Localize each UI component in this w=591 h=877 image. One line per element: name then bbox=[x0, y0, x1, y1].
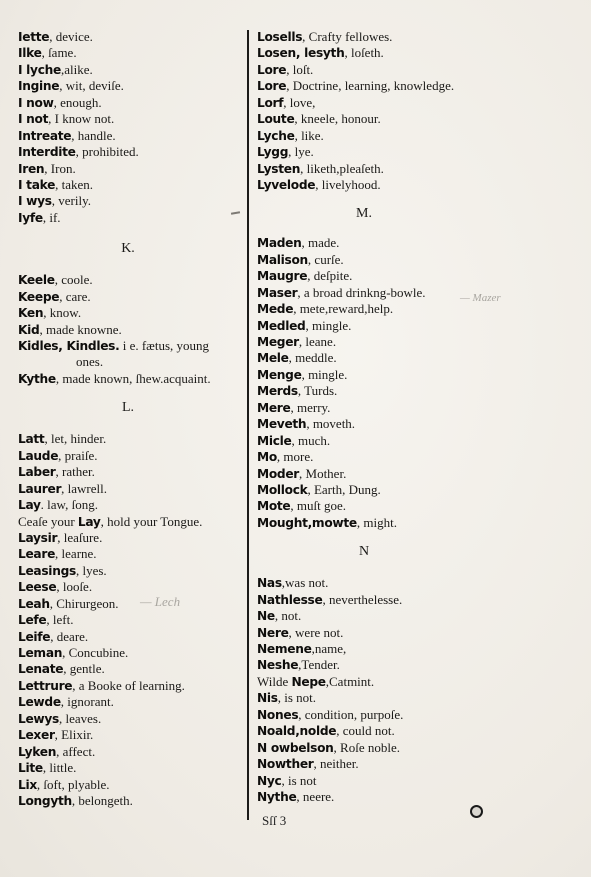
dictionary-entry: Merds, Turds. bbox=[257, 383, 557, 399]
dictionary-entry: Nis, is not. bbox=[257, 690, 557, 706]
entry-headword: Lite bbox=[18, 761, 43, 775]
dictionary-entry: Mollock, Earth, Dung. bbox=[257, 482, 557, 498]
entry-headword: Noald,nolde bbox=[257, 724, 336, 738]
dictionary-entry: Lygg, lye. bbox=[257, 144, 557, 160]
entry-gloss: . law, ſong. bbox=[41, 497, 98, 512]
entry-headword: Nemene bbox=[257, 642, 312, 656]
dictionary-entry: Lore, loſt. bbox=[257, 62, 557, 78]
dictionary-entry: Mere, merry. bbox=[257, 400, 557, 416]
dictionary-entry: Moder, Mother. bbox=[257, 466, 557, 482]
entry-headword: Ilke bbox=[18, 46, 42, 60]
section-heading-m: M. bbox=[257, 197, 471, 231]
dictionary-entry: Nathlesse, neverthelesse. bbox=[257, 592, 557, 608]
entry-headword: Maser bbox=[257, 286, 297, 300]
entry-gloss: , learne. bbox=[55, 546, 97, 561]
entry-gloss: , Elixir. bbox=[55, 727, 94, 742]
entry-gloss: , deſpite. bbox=[307, 268, 352, 283]
entry-headword: Ne bbox=[257, 609, 275, 623]
entry-gloss: , is not bbox=[281, 773, 316, 788]
entry-headword: Lorf bbox=[257, 96, 283, 110]
entry-gloss: , gentle. bbox=[63, 661, 105, 676]
entry-gloss: , I know not. bbox=[48, 111, 114, 126]
section-heading-k: K. bbox=[18, 232, 238, 266]
dictionary-entry: Lewys, leaves. bbox=[18, 711, 246, 727]
entry-gloss: , livelyhood. bbox=[315, 177, 380, 192]
dictionary-entry: Lix, ſoft, plyable. bbox=[18, 777, 246, 793]
dictionary-entry: Nythe, neere. bbox=[257, 789, 557, 805]
entry-gloss: , made. bbox=[302, 235, 340, 250]
entry-gloss: , ignorant. bbox=[61, 694, 114, 709]
dictionary-entry: I take, taken. bbox=[18, 177, 246, 193]
entry-headword: Lenate bbox=[18, 662, 63, 676]
entry-gloss: , verily. bbox=[52, 193, 91, 208]
dictionary-entry: Nyc, is not bbox=[257, 773, 557, 789]
entry-gloss: , deare. bbox=[50, 629, 88, 644]
section-heading-n: N bbox=[257, 535, 471, 569]
entry-gloss: , muſt goe. bbox=[290, 498, 346, 513]
entry-headword: I take bbox=[18, 178, 55, 192]
right-column: Losells, Crafty fellowes.Losen, lesyth, … bbox=[257, 29, 557, 805]
entry-headword: Lewys bbox=[18, 712, 59, 726]
entry-gloss: , lye. bbox=[288, 144, 314, 159]
dictionary-entry: Kythe, made known, ſhew.acquaint. bbox=[18, 371, 246, 387]
entry-headword: Menge bbox=[257, 368, 302, 382]
entry-gloss: , made known, ſhew.acquaint. bbox=[56, 371, 211, 386]
entry-gloss: , if. bbox=[43, 210, 61, 225]
entry-headword: Nyc bbox=[257, 774, 281, 788]
entry-prefix: Ceaſe your bbox=[18, 514, 78, 529]
dictionary-entry: Leasings, lyes. bbox=[18, 563, 246, 579]
entry-headword: Neshe bbox=[257, 658, 298, 672]
entry-gloss: , condition, purpoſe. bbox=[298, 707, 403, 722]
entry-headword: Moder bbox=[257, 467, 299, 481]
entry-gloss: , is not. bbox=[278, 690, 316, 705]
entry-gloss: , let, hinder. bbox=[44, 431, 106, 446]
dictionary-entry: Mo, more. bbox=[257, 449, 557, 465]
entry-gloss: , loſeth. bbox=[344, 45, 383, 60]
dictionary-entry: Meveth, moveth. bbox=[257, 416, 557, 432]
dictionary-entry: Laurer, lawrell. bbox=[18, 481, 246, 497]
entry-gloss: , kneele, honour. bbox=[294, 111, 380, 126]
entry-gloss: , like. bbox=[295, 128, 324, 143]
dictionary-entry: I wys, verily. bbox=[18, 193, 246, 209]
dictionary-entry: Ingine, wit, deviſe. bbox=[18, 78, 246, 94]
dictionary-entry: ones. bbox=[18, 354, 246, 370]
entry-headword: Lettrure bbox=[18, 679, 72, 693]
entry-gloss: , curſe. bbox=[308, 252, 344, 267]
entry-headword: Leife bbox=[18, 630, 50, 644]
dictionary-entry: I now, enough. bbox=[18, 95, 246, 111]
handwritten-note-mazer: — Mazer bbox=[460, 292, 501, 304]
dictionary-entry: Menge, mingle. bbox=[257, 367, 557, 383]
entry-headword: Leah bbox=[18, 597, 50, 611]
dictionary-entry: Mought,mowte, might. bbox=[257, 515, 557, 531]
entry-gloss: , not. bbox=[275, 608, 301, 623]
entry-gloss: ,Catmint. bbox=[326, 674, 374, 689]
dictionary-entry: Maden, made. bbox=[257, 235, 557, 251]
dictionary-entry: Nowther, neither. bbox=[257, 756, 557, 772]
entry-gloss: , lyes. bbox=[76, 563, 107, 578]
entry-gloss: , taken. bbox=[55, 177, 93, 192]
dictionary-entry: Malison, curſe. bbox=[257, 252, 557, 268]
entry-headword: Maugre bbox=[257, 269, 307, 283]
dictionary-entry: Micle, much. bbox=[257, 433, 557, 449]
entry-gloss: , wit, deviſe. bbox=[59, 78, 124, 93]
entry-headword: Interdite bbox=[18, 145, 76, 159]
entry-headword: Nythe bbox=[257, 790, 296, 804]
entry-headword: Lore bbox=[257, 79, 286, 93]
entry-headword: Kid bbox=[18, 323, 39, 337]
entry-headword: Latt bbox=[18, 432, 44, 446]
entry-headword: Micle bbox=[257, 434, 291, 448]
dictionary-entry: Lay. law, ſong. bbox=[18, 497, 246, 513]
entry-headword: Keele bbox=[18, 273, 55, 287]
entry-gloss: , Turds. bbox=[298, 383, 337, 398]
entry-headword: Longyth bbox=[18, 794, 72, 808]
dictionary-entry: Leife, deare. bbox=[18, 629, 246, 645]
entry-gloss: , handle. bbox=[71, 128, 115, 143]
entry-headword: Laude bbox=[18, 449, 58, 463]
entry-headword: Mote bbox=[257, 499, 290, 513]
dictionary-entry: Lyvelode, livelyhood. bbox=[257, 177, 557, 193]
entry-gloss: , enough. bbox=[54, 95, 102, 110]
entry-headword: Lyvelode bbox=[257, 178, 315, 192]
entry-headword: Malison bbox=[257, 253, 308, 267]
entry-gloss: , looſe. bbox=[56, 579, 92, 594]
entry-headword: N owbelson bbox=[257, 741, 334, 755]
entry-headword: Laber bbox=[18, 465, 56, 479]
dictionary-entry: I lyche,alike. bbox=[18, 62, 246, 78]
entry-gloss: , hold your Tongue. bbox=[101, 514, 203, 529]
entry-headword: Iette bbox=[18, 30, 49, 44]
entry-gloss: , belongeth. bbox=[72, 793, 133, 808]
dictionary-entry: Ceaſe your Lay, hold your Tongue. bbox=[18, 514, 246, 530]
entry-headword: Maden bbox=[257, 236, 302, 250]
dictionary-entry: Leah, Chirurgeon. bbox=[18, 596, 246, 612]
entry-headword: Laurer bbox=[18, 482, 61, 496]
entry-headword: Leese bbox=[18, 580, 56, 594]
entry-gloss: , merry. bbox=[290, 400, 330, 415]
entry-headword: Lyken bbox=[18, 745, 56, 759]
entry-gloss: , Mother. bbox=[299, 466, 346, 481]
dictionary-entry: Intreate, handle. bbox=[18, 128, 246, 144]
entry-gloss: , care. bbox=[59, 289, 90, 304]
dictionary-entry: Lysten, liketh,pleaſeth. bbox=[257, 161, 557, 177]
entry-headword: I now bbox=[18, 96, 54, 110]
entry-gloss: , lawrell. bbox=[61, 481, 107, 496]
entry-headword: Lysten bbox=[257, 162, 300, 176]
dictionary-entry: Lewde, ignorant. bbox=[18, 694, 246, 710]
entry-headword: Meveth bbox=[257, 417, 306, 431]
entry-headword: Nere bbox=[257, 626, 289, 640]
dictionary-entry: Iyfe, if. bbox=[18, 210, 246, 226]
entry-gloss: , device. bbox=[49, 29, 93, 44]
dictionary-entry: Ne, not. bbox=[257, 608, 557, 624]
entry-gloss: , loſt. bbox=[286, 62, 313, 77]
dictionary-entry: Losells, Crafty fellowes. bbox=[257, 29, 557, 45]
dictionary-entry: Lenate, gentle. bbox=[18, 661, 246, 677]
entry-gloss: , made knowne. bbox=[39, 322, 121, 337]
entry-gloss: , love, bbox=[283, 95, 315, 110]
dictionary-entry: Mote, muſt goe. bbox=[257, 498, 557, 514]
entry-headword: Losells bbox=[257, 30, 302, 44]
dictionary-entry: Leman, Concubine. bbox=[18, 645, 246, 661]
dictionary-entry: Neshe,Tender. bbox=[257, 657, 557, 673]
dictionary-entry: Longyth, belongeth. bbox=[18, 793, 246, 809]
dictionary-entry: Iette, device. bbox=[18, 29, 246, 45]
entry-gloss: , coole. bbox=[55, 272, 93, 287]
entry-headword: Lore bbox=[257, 63, 286, 77]
entry-headword: Laysir bbox=[18, 531, 57, 545]
dictionary-entry: Loute, kneele, honour. bbox=[257, 111, 557, 127]
entry-gloss: , moveth. bbox=[306, 416, 355, 431]
entry-headword: Iyfe bbox=[18, 211, 43, 225]
entry-headword: Nis bbox=[257, 691, 278, 705]
entry-headword: Mollock bbox=[257, 483, 307, 497]
entry-headword: Lexer bbox=[18, 728, 55, 742]
dictionary-entry: Lyche, like. bbox=[257, 128, 557, 144]
dictionary-entry: Nones, condition, purpoſe. bbox=[257, 707, 557, 723]
dictionary-entry: I not, I know not. bbox=[18, 111, 246, 127]
dictionary-entry: Lite, little. bbox=[18, 760, 246, 776]
entry-headword: Medled bbox=[257, 319, 306, 333]
entry-gloss: , a broad drinkng-bowle. bbox=[297, 285, 425, 300]
column-divider-rule bbox=[247, 30, 249, 820]
entry-gloss: , leane. bbox=[299, 334, 336, 349]
entry-gloss: , affect. bbox=[56, 744, 95, 759]
dictionary-entry: Lettrure, a Booke of learning. bbox=[18, 678, 246, 694]
dictionary-entry: Maser, a broad drinkng-bowle. bbox=[257, 285, 557, 301]
entry-headword: Lix bbox=[18, 778, 37, 792]
entry-gloss: , know. bbox=[43, 305, 81, 320]
entry-headword: Ken bbox=[18, 306, 43, 320]
dictionary-entry: Laber, rather. bbox=[18, 464, 246, 480]
dictionary-entry: Lexer, Elixir. bbox=[18, 727, 246, 743]
entry-gloss: ,alike. bbox=[61, 62, 93, 77]
entry-gloss: , left. bbox=[46, 612, 73, 627]
entry-gloss: , Concubine. bbox=[62, 645, 128, 660]
entry-gloss: , much. bbox=[291, 433, 330, 448]
dictionary-entry: Laude, praiſe. bbox=[18, 448, 246, 464]
entry-headword: Nowther bbox=[257, 757, 314, 771]
entry-gloss: , prohibited. bbox=[76, 144, 139, 159]
entry-gloss: , Crafty fellowes. bbox=[302, 29, 392, 44]
dictionary-entry: Leare, learne. bbox=[18, 546, 246, 562]
dictionary-entry: Nas,was not. bbox=[257, 575, 557, 591]
dictionary-entry: Keepe, care. bbox=[18, 289, 246, 305]
entry-gloss: ,was not. bbox=[282, 575, 329, 590]
entry-gloss: , mingle. bbox=[302, 367, 348, 382]
entry-headword: Intreate bbox=[18, 129, 71, 143]
entry-headword: Nathlesse bbox=[257, 593, 322, 607]
dictionary-entry: Kid, made knowne. bbox=[18, 322, 246, 338]
dictionary-entry: Lore, Doctrine, learning, knowledge. bbox=[257, 78, 557, 94]
entry-headword: Leasings bbox=[18, 564, 76, 578]
entry-headword: Lyche bbox=[257, 129, 295, 143]
entry-headword: Nepe bbox=[292, 675, 326, 689]
dictionary-page: Iette, device.Ilke, ſame.I lyche,alike.I… bbox=[0, 0, 591, 877]
entry-headword: Meger bbox=[257, 335, 299, 349]
entry-headword: Mere bbox=[257, 401, 290, 415]
entry-gloss: , ſoft, plyable. bbox=[37, 777, 110, 792]
entry-gloss: , leaves. bbox=[59, 711, 101, 726]
entry-gloss: , neverthelesse. bbox=[322, 592, 402, 607]
entry-gloss: , might. bbox=[357, 515, 397, 530]
entry-gloss: i e. fætus, young bbox=[119, 338, 209, 353]
entry-gloss: , meddle. bbox=[289, 350, 337, 365]
entry-headword: Lay bbox=[78, 515, 101, 529]
entry-headword: Lewde bbox=[18, 695, 61, 709]
dictionary-entry: Leese, looſe. bbox=[18, 579, 246, 595]
entry-gloss: , a Booke of learning. bbox=[72, 678, 185, 693]
left-column: Iette, device.Ilke, ſame.I lyche,alike.I… bbox=[18, 29, 246, 809]
dictionary-entry: Ilke, ſame. bbox=[18, 45, 246, 61]
handwritten-note-lech: — Lech bbox=[140, 594, 180, 610]
entry-gloss: ,name, bbox=[312, 641, 347, 656]
entry-gloss: , were not. bbox=[289, 625, 344, 640]
dictionary-entry: Noald,nolde, could not. bbox=[257, 723, 557, 739]
dictionary-entry: N owbelson, Roſe noble. bbox=[257, 740, 557, 756]
dictionary-entry: Ken, know. bbox=[18, 305, 246, 321]
entry-gloss: , neither. bbox=[314, 756, 359, 771]
entry-gloss: ones. bbox=[76, 354, 103, 369]
entry-headword: Mede bbox=[257, 302, 293, 316]
entry-headword: Lefe bbox=[18, 613, 46, 627]
entry-headword: Nas bbox=[257, 576, 282, 590]
entry-headword: Ingine bbox=[18, 79, 59, 93]
entry-gloss: , liketh,pleaſeth. bbox=[300, 161, 384, 176]
entry-headword: Mo bbox=[257, 450, 277, 464]
entry-headword: Loute bbox=[257, 112, 294, 126]
entry-headword: I not bbox=[18, 112, 48, 126]
entry-gloss: , mingle. bbox=[306, 318, 352, 333]
entry-headword: Kythe bbox=[18, 372, 56, 386]
dictionary-entry: Maugre, deſpite. bbox=[257, 268, 557, 284]
entry-gloss: , Chirurgeon. bbox=[50, 596, 119, 611]
entry-gloss: , mete,reward,help. bbox=[293, 301, 393, 316]
entry-gloss: , Roſe noble. bbox=[334, 740, 400, 755]
section-heading-l: L. bbox=[18, 391, 238, 425]
entry-gloss: , leaſure. bbox=[57, 530, 102, 545]
entry-gloss: , Doctrine, learning, knowledge. bbox=[286, 78, 454, 93]
dictionary-entry: Lefe, left. bbox=[18, 612, 246, 628]
dictionary-entry: Kidles, Kindles. i e. fætus, young bbox=[18, 338, 246, 354]
entry-headword: Nones bbox=[257, 708, 298, 722]
entry-gloss: ,Tender. bbox=[298, 657, 340, 672]
entry-headword: I wys bbox=[18, 194, 52, 208]
entry-gloss: , Earth, Dung. bbox=[307, 482, 380, 497]
dictionary-entry: Medled, mingle. bbox=[257, 318, 557, 334]
dictionary-entry: Mele, meddle. bbox=[257, 350, 557, 366]
entry-headword: Mele bbox=[257, 351, 289, 365]
entry-headword: Kidles, Kindles. bbox=[18, 339, 119, 353]
dictionary-entry: Nemene,name, bbox=[257, 641, 557, 657]
binding-hole-mark bbox=[470, 805, 483, 818]
entry-headword: Losen, lesyth bbox=[257, 46, 344, 60]
entry-gloss: , more. bbox=[277, 449, 313, 464]
dictionary-entry: Laysir, leaſure. bbox=[18, 530, 246, 546]
entry-headword: Lygg bbox=[257, 145, 288, 159]
entry-headword: I lyche bbox=[18, 63, 61, 77]
entry-gloss: , could not. bbox=[336, 723, 395, 738]
entry-headword: Keepe bbox=[18, 290, 59, 304]
dictionary-entry: Nere, were not. bbox=[257, 625, 557, 641]
dictionary-entry: Lorf, love, bbox=[257, 95, 557, 111]
dictionary-entry: Wilde Nepe,Catmint. bbox=[257, 674, 557, 690]
dictionary-entry: Lyken, affect. bbox=[18, 744, 246, 760]
dictionary-entry: Iren, Iron. bbox=[18, 161, 246, 177]
signature-mark: Sſſ 3 bbox=[262, 813, 286, 829]
entry-headword: Lay bbox=[18, 498, 41, 512]
dictionary-entry: Losen, lesyth, loſeth. bbox=[257, 45, 557, 61]
entry-gloss: , little. bbox=[43, 760, 77, 775]
entry-gloss: , neere. bbox=[296, 789, 334, 804]
entry-headword: Merds bbox=[257, 384, 298, 398]
entry-headword: Leman bbox=[18, 646, 62, 660]
entry-gloss: , praiſe. bbox=[58, 448, 97, 463]
entry-headword: Leare bbox=[18, 547, 55, 561]
entry-headword: Iren bbox=[18, 162, 44, 176]
entry-gloss: , ſame. bbox=[42, 45, 77, 60]
entry-headword: Mought,mowte bbox=[257, 516, 357, 530]
entry-prefix: Wilde bbox=[257, 674, 292, 689]
dictionary-entry: Interdite, prohibited. bbox=[18, 144, 246, 160]
dictionary-entry: Latt, let, hinder. bbox=[18, 431, 246, 447]
entry-gloss: , rather. bbox=[56, 464, 95, 479]
entry-gloss: , Iron. bbox=[44, 161, 75, 176]
dictionary-entry: Mede, mete,reward,help. bbox=[257, 301, 557, 317]
dictionary-entry: Meger, leane. bbox=[257, 334, 557, 350]
dictionary-entry: Keele, coole. bbox=[18, 272, 246, 288]
